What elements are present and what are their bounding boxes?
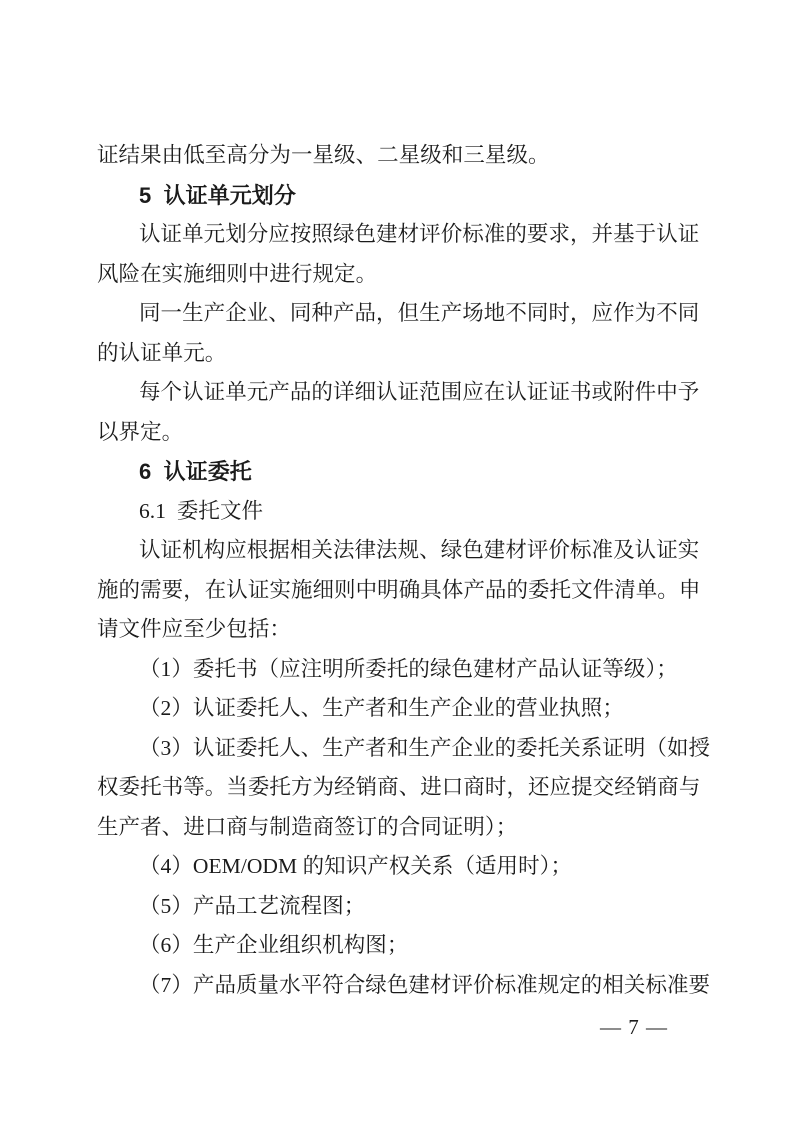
page-number: — 7 — xyxy=(600,1008,668,1047)
list-item-line: （7）产品质量水平符合绿色建材评价标准规定的相关标准要 xyxy=(97,966,704,1006)
section-6-heading: 6 认证委托 xyxy=(97,452,704,492)
section-5-heading: 5 认证单元划分 xyxy=(97,176,704,216)
list-item-line: （4）OEM/ODM 的知识产权关系（适用时）； xyxy=(97,847,704,887)
body-text-line: 认证单元划分应按照绿色建材评价标准的要求，并基于认证 xyxy=(97,215,704,255)
list-item-line: （3）认证委托人、生产者和生产企业的委托关系证明（如授 xyxy=(97,729,704,769)
body-text-line: 同一生产企业、同种产品，但生产场地不同时，应作为不同 xyxy=(97,294,704,334)
body-text-line: 每个认证单元产品的详细认证范围应在认证证书或附件中予 xyxy=(97,373,704,413)
list-item-line: （5）产品工艺流程图； xyxy=(97,887,704,927)
body-text-line: 的认证单元。 xyxy=(97,334,704,374)
body-text-line: 风险在实施细则中进行规定。 xyxy=(97,255,704,295)
list-item-line: 权委托书等。当委托方为经销商、进口商时，还应提交经销商与 xyxy=(97,768,704,808)
body-text-line: 证结果由低至高分为一星级、二星级和三星级。 xyxy=(97,136,704,176)
list-item-line: （1）委托书（应注明所委托的绿色建材产品认证等级）； xyxy=(97,650,704,690)
body-text-line: 以界定。 xyxy=(97,413,704,453)
document-body: 证结果由低至高分为一星级、二星级和三星级。 5 认证单元划分 认证单元划分应按照… xyxy=(97,136,704,1005)
list-item-line: 生产者、进口商与制造商签订的合同证明）； xyxy=(97,808,704,848)
body-text-line: 施的需要，在认证实施细则中明确具体产品的委托文件清单。申 xyxy=(97,571,704,611)
subsection-6-1-heading: 6.1 委托文件 xyxy=(97,492,704,532)
document-page: 证结果由低至高分为一星级、二星级和三星级。 5 认证单元划分 认证单元划分应按照… xyxy=(0,0,793,1122)
body-text-line: 请文件应至少包括： xyxy=(97,610,704,650)
list-item-line: （2）认证委托人、生产者和生产企业的营业执照； xyxy=(97,689,704,729)
list-item-line: （6）生产企业组织机构图； xyxy=(97,926,704,966)
body-text-line: 认证机构应根据相关法律法规、绿色建材评价标准及认证实 xyxy=(97,531,704,571)
